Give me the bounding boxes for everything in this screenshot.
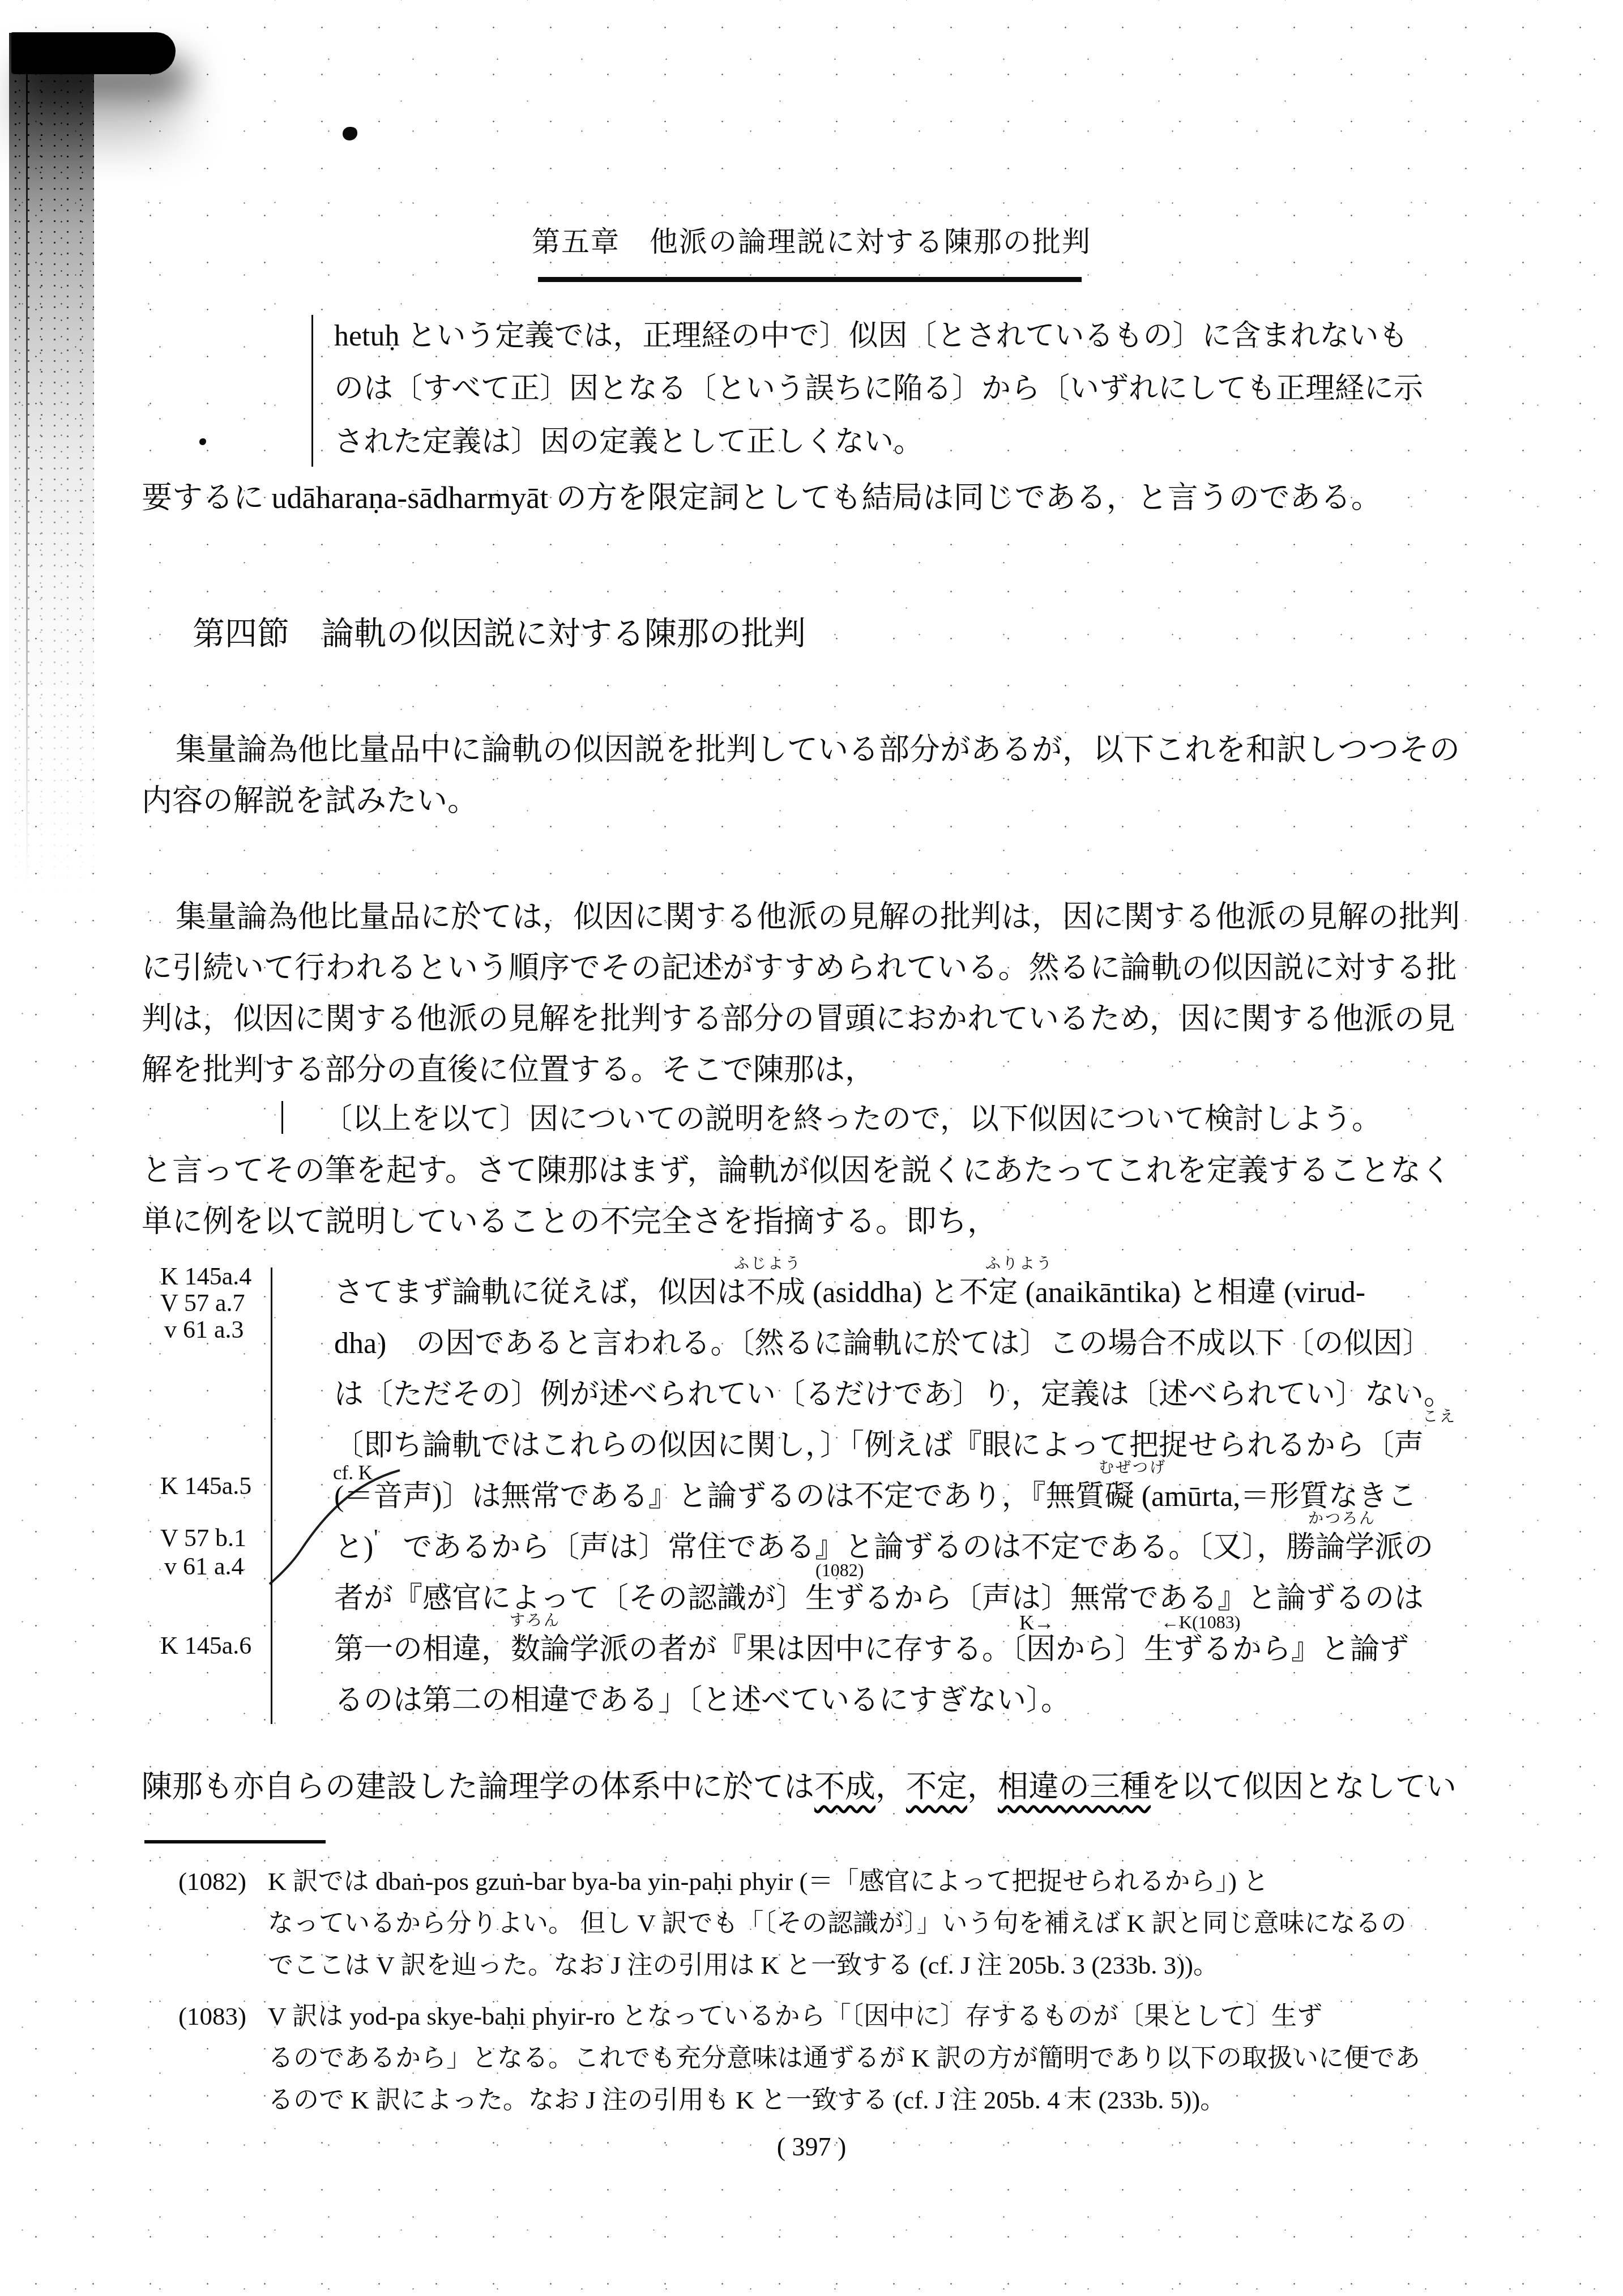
scan-smudge-line bbox=[26, 35, 28, 885]
footnote-separator bbox=[144, 1840, 326, 1843]
quote-line: は〔ただその〕例が述べられてい〔るだけであ〕り，定義は〔述べられてい〕ない。 bbox=[334, 1377, 1453, 1412]
scan-smudge-strip bbox=[9, 33, 94, 928]
quote-vertical-rule bbox=[271, 1268, 272, 1724]
inline-quote-tick bbox=[281, 1101, 283, 1134]
closing-comma: ， bbox=[967, 1770, 998, 1804]
inline-quote: 〔以上を以て〕因についての説明を終ったので，以下似因について検討しよう。 bbox=[323, 1102, 1381, 1137]
furigana: ふりよう bbox=[985, 1255, 1053, 1273]
emphasized-term: 相違の三種 bbox=[998, 1770, 1151, 1804]
cf-k-annotation: cf. K bbox=[333, 1461, 373, 1484]
quote-line: と) であるから〔声は〕常住である』と論ずるのは不定である。〔又〕，勝論学派の bbox=[334, 1530, 1433, 1565]
footnote-line: るので K 訳によった。なお J 注の引用も K と一致する (cf. J 注 … bbox=[268, 2085, 1225, 2115]
furigana: ふじよう bbox=[734, 1255, 802, 1273]
body-line: に引続いて行われるという順序でその記述がすすめられている。然るに論軌の似因説に対… bbox=[142, 950, 1457, 987]
margin-ref: V 57 a.7 bbox=[160, 1288, 245, 1318]
furigana: かつろん bbox=[1308, 1510, 1376, 1528]
k-arrow-annotation: K→ bbox=[1019, 1611, 1054, 1634]
closing-comma: ， bbox=[875, 1770, 906, 1804]
quote-line: (＝音声)〕は無常である』と論ずるのは不定であり，『無質礙 (amūrta,＝形… bbox=[334, 1479, 1417, 1514]
ink-spot bbox=[343, 127, 357, 140]
margin-ref: V 57 b.1 bbox=[160, 1523, 246, 1553]
quote-line: 第一の相違，数論学派の者が『果は因中に存する。〔因から〕生ずるから』と論ず bbox=[334, 1632, 1409, 1667]
footnote-line: V 訳は yod-pa skye-baḥi phyir-ro となっているから「… bbox=[268, 2001, 1322, 2032]
emphasized-term: 不成 bbox=[814, 1770, 875, 1804]
chapter-header: 第五章 他派の論理説に対する陳那の批判 bbox=[0, 225, 1623, 259]
body-line: と言ってその筆を起す。さて陳那はまず，論軌が似因を説くにあたってこれを定義するこ… bbox=[142, 1153, 1451, 1189]
section-heading: 第四節 論軌の似因説に対する陳那の批判 bbox=[193, 615, 806, 653]
furigana: すろん bbox=[510, 1612, 561, 1630]
footnote-line: なっているから分りよい。 但し V 訳でも「〔その認識が〕」いう句を補えば K … bbox=[268, 1909, 1406, 1939]
emphasized-term: 不定 bbox=[906, 1770, 967, 1804]
quote-line: るのは第二の相違である」〔と述べているにすぎない〕。 bbox=[334, 1683, 1070, 1718]
quote-line: された定義は〕因の定義として正しくない。 bbox=[334, 425, 923, 459]
quote-line: 者が『感官によって〔その認識が〕生ずるから〔声は〕無常である』と論ずるのは bbox=[334, 1581, 1424, 1616]
correction-tick: ' bbox=[374, 1525, 378, 1553]
quote-line: 〔即ち論軌ではこれらの似因に関し，〕「例えば『眼によって把捉せられるから〔声 bbox=[334, 1428, 1424, 1463]
margin-ref: v 61 a.3 bbox=[164, 1315, 244, 1345]
quote-line: さてまず論軌に従えば，似因は不成 (asiddha) と不定 (anaikānt… bbox=[334, 1275, 1365, 1310]
furigana: むぜつげ bbox=[1099, 1459, 1167, 1477]
quote-line: hetuḥ という定義では，正理経の中で〕似因〔とされているもの〕に含まれないも bbox=[334, 319, 1408, 353]
margin-ref: K 145a.6 bbox=[160, 1631, 251, 1661]
stray-ink-dot bbox=[199, 438, 206, 445]
body-line: 単に例を以て説明していることの不完全さを指摘する。即ち， bbox=[142, 1204, 998, 1240]
footnote-line: でここは V 訳を辿った。なお J 注の引用は K と一致する (cf. J 注… bbox=[268, 1951, 1219, 1981]
footnote-line: るのであるから」となる。これでも充分意味は通ずるが K 訳の方が簡明であり以下の… bbox=[268, 2043, 1420, 2073]
quote-line: のは〔すべて正〕因となる〔という誤ちに陥る〕から〔いずれにしても正理経に示 bbox=[334, 372, 1423, 406]
quote-vertical-rule bbox=[311, 315, 313, 467]
body-line: 解を批判する部分の直後に位置する。そこで陳那は， bbox=[142, 1052, 875, 1089]
closing-pre: 陳那も亦自らの建設した論理学の体系中に於ては bbox=[142, 1770, 814, 1804]
page-number: ( 397 ) bbox=[0, 2132, 1623, 2162]
margin-ref: K 145a.4 bbox=[160, 1262, 251, 1291]
footnote-label: (1082) bbox=[178, 1867, 246, 1897]
body-line: 判は，似因に関する他派の見解を批判する部分の冒頭におかれているため，因に関する他… bbox=[142, 1001, 1455, 1038]
summary-line: 要するに udāharaṇa-sādharmyāt の方を限定詞としても結局は同… bbox=[142, 480, 1382, 517]
body-line: 内容の解説を試みたい。 bbox=[142, 783, 478, 820]
body-line: 集量論為他比量品に於ては，似因に関する他派の見解の批判は，因に関する他派の見解の… bbox=[176, 899, 1460, 936]
footnote-marker-1082: (1082) bbox=[815, 1560, 864, 1581]
closing-post: を以て似因となしてい bbox=[1151, 1770, 1457, 1804]
furigana: こえ bbox=[1423, 1408, 1457, 1426]
closing-line: 陳那も亦自らの建設した論理学の体系中に於ては不成，不定，相違の三種を以て似因とな… bbox=[142, 1769, 1457, 1806]
margin-ref: K 145a.5 bbox=[160, 1471, 251, 1501]
scanned-book-page: { "doc": { "chapter_header": "第五章 他派の論理説… bbox=[0, 0, 1623, 2296]
chapter-header-underline bbox=[538, 277, 1082, 282]
k-1083-annotation: ←K(1083) bbox=[1161, 1612, 1240, 1633]
quote-line: dha) の因であると言われる。〔然るに論軌に於ては〕この場合不成以下〔の似因〕 bbox=[334, 1326, 1432, 1361]
footnote-line: K 訳では dbaṅ-pos gzuṅ-bar bya-ba yin-paḥi … bbox=[268, 1867, 1268, 1897]
footnote-label: (1083) bbox=[178, 2001, 246, 2032]
body-line: 集量論為他比量品中に論軌の似因説を批判している部分があるが，以下これを和訳しつつ… bbox=[176, 732, 1460, 769]
margin-ref: v 61 a.4 bbox=[164, 1552, 244, 1581]
